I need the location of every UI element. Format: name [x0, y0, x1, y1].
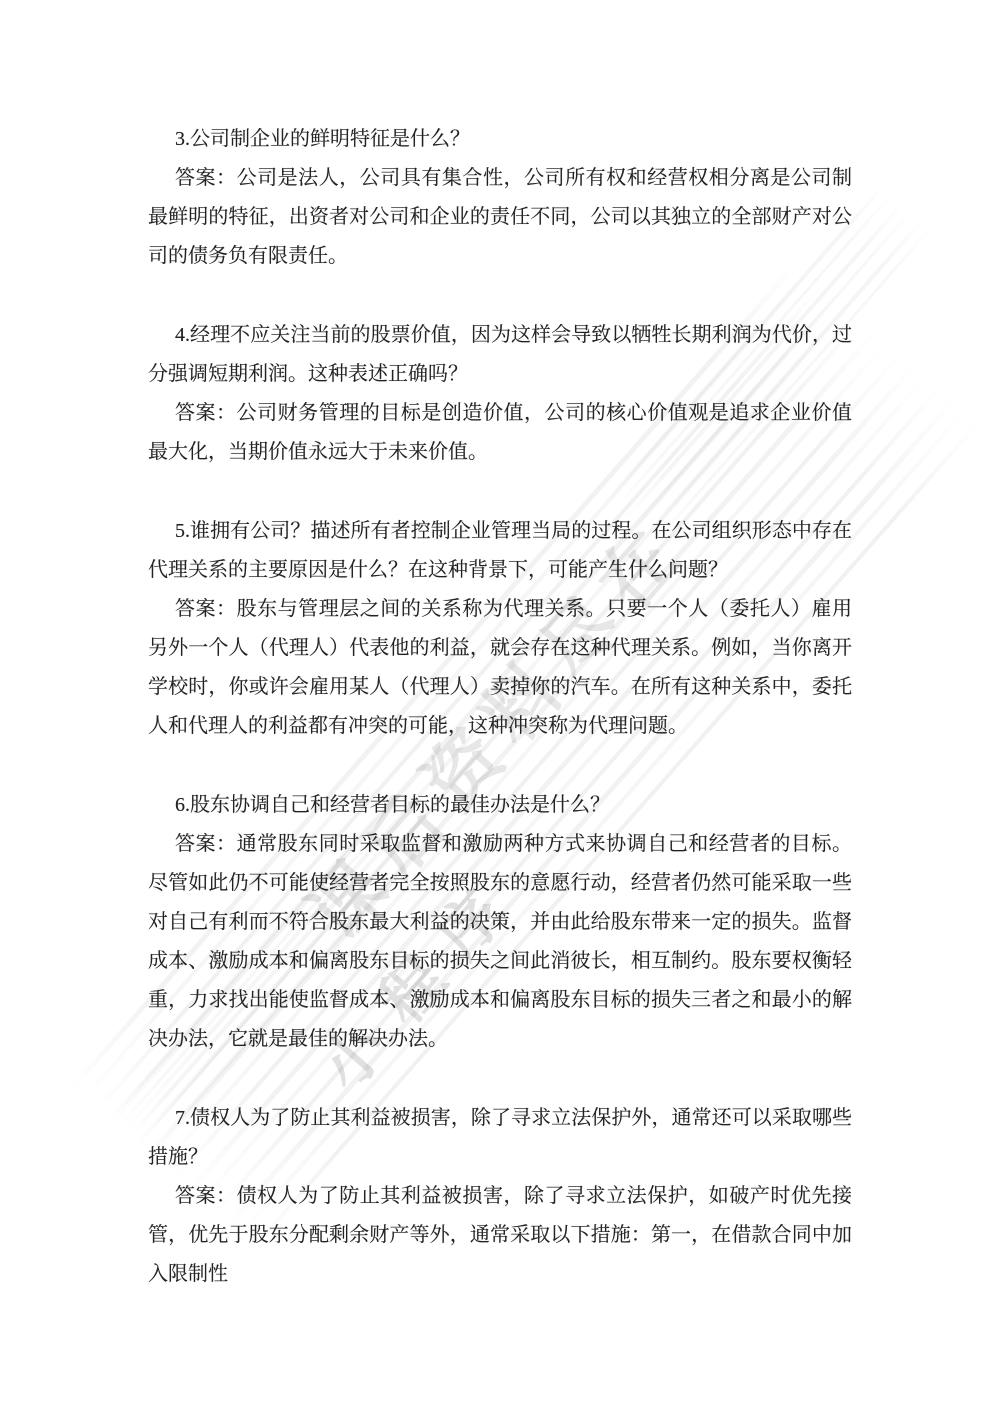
question-text: 6.股东协调自己和经营者目标的最佳办法是什么？	[148, 786, 852, 825]
answer-label: 答案：	[175, 402, 237, 424]
question-number: 7.	[175, 1107, 190, 1129]
question-body: 债权人为了防止其利益被损害，除了寻求立法保护外，通常还可以采取哪些措施？	[148, 1107, 852, 1168]
answer-body: 通常股东同时采取监督和激励两种方式来协调自己和经营者的目标。尽管如此仍不可能使经…	[148, 833, 852, 1050]
question-number: 6.	[175, 794, 190, 816]
question-number: 4.	[175, 324, 190, 346]
answer-text: 答案：公司是法人，公司具有集合性，公司所有权和经营权相分离是公司制最鲜明的特征，…	[148, 159, 852, 276]
question-text: 4.经理不应关注当前的股票价值，因为这样会导致以牺牲长期利润为代价，过分强调短期…	[148, 316, 852, 394]
answer-body: 股东与管理层之间的关系称为代理关系。只要一个人（委托人）雇用另外一个人（代理人）…	[148, 598, 852, 737]
question-text: 7.债权人为了防止其利益被损害，除了寻求立法保护外，通常还可以采取哪些措施？	[148, 1099, 852, 1177]
qa-item-7: 7.债权人为了防止其利益被损害，除了寻求立法保护外，通常还可以采取哪些措施？ 答…	[148, 1099, 852, 1294]
answer-body: 债权人为了防止其利益被损害，除了寻求立法保护，如破产时优先接管，优先于股东分配剩…	[148, 1185, 852, 1285]
answer-body: 公司是法人，公司具有集合性，公司所有权和经营权相分离是公司制最鲜明的特征，出资者…	[148, 167, 852, 267]
answer-text: 答案：股东与管理层之间的关系称为代理关系。只要一个人（委托人）雇用另外一个人（代…	[148, 590, 852, 746]
answer-label: 答案：	[175, 833, 237, 855]
qa-item-3: 3.公司制企业的鲜明特征是什么？ 答案：公司是法人，公司具有集合性，公司所有权和…	[148, 120, 852, 276]
answer-text: 答案：公司财务管理的目标是创造价值，公司的核心价值观是追求企业价值最大化，当期价…	[148, 394, 852, 472]
question-body: 公司制企业的鲜明特征是什么？	[190, 128, 470, 150]
document-page: 课后资料尽在 小程序 3.公司制企业的鲜明特征是什么？ 答案：公司是法人，公司具…	[0, 0, 993, 1404]
question-body: 谁拥有公司？描述所有者控制企业管理当局的过程。在公司组织形态中存在代理关系的主要…	[148, 520, 852, 581]
question-number: 5.	[175, 520, 190, 542]
answer-text: 答案：通常股东同时采取监督和激励两种方式来协调自己和经营者的目标。尽管如此仍不可…	[148, 825, 852, 1059]
answer-label: 答案：	[175, 1185, 237, 1207]
document-body: 3.公司制企业的鲜明特征是什么？ 答案：公司是法人，公司具有集合性，公司所有权和…	[148, 120, 852, 1294]
question-text: 5.谁拥有公司？描述所有者控制企业管理当局的过程。在公司组织形态中存在代理关系的…	[148, 512, 852, 590]
answer-label: 答案：	[175, 167, 237, 189]
qa-item-5: 5.谁拥有公司？描述所有者控制企业管理当局的过程。在公司组织形态中存在代理关系的…	[148, 512, 852, 746]
qa-item-6: 6.股东协调自己和经营者目标的最佳办法是什么？ 答案：通常股东同时采取监督和激励…	[148, 786, 852, 1059]
qa-item-4: 4.经理不应关注当前的股票价值，因为这样会导致以牺牲长期利润为代价，过分强调短期…	[148, 316, 852, 472]
question-body: 经理不应关注当前的股票价值，因为这样会导致以牺牲长期利润为代价，过分强调短期利润…	[148, 324, 852, 385]
question-body: 股东协调自己和经营者目标的最佳办法是什么？	[190, 794, 610, 816]
question-number: 3.	[175, 128, 190, 150]
answer-label: 答案：	[175, 598, 237, 620]
answer-body: 公司财务管理的目标是创造价值，公司的核心价值观是追求企业价值最大化，当期价值永远…	[148, 402, 852, 463]
question-text: 3.公司制企业的鲜明特征是什么？	[148, 120, 852, 159]
answer-text: 答案：债权人为了防止其利益被损害，除了寻求立法保护，如破产时优先接管，优先于股东…	[148, 1177, 852, 1294]
